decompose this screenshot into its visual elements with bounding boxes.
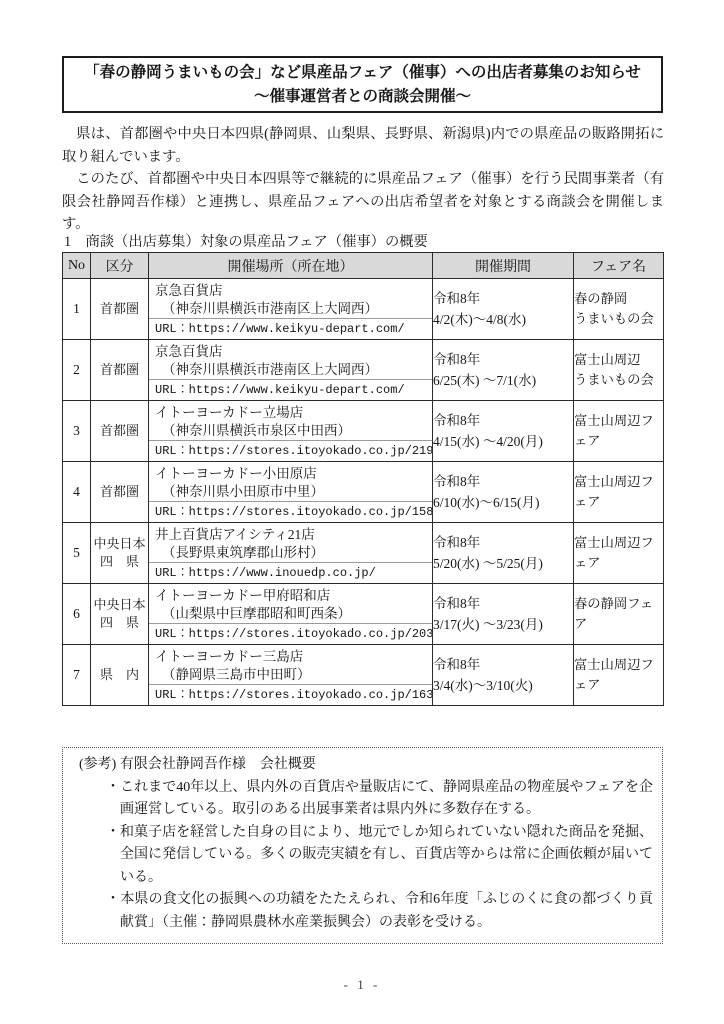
intro-paragraph-2: このたび、首都圏や中央日本四県等で継続的に県産品フェア（催事）を行う民間事業者（… (62, 168, 664, 236)
venue-url: URL：https://www.inouedp.co.jp/ (149, 562, 432, 582)
fair-line: 富士山周辺フェア (574, 411, 663, 451)
fair-line: うまいもの会 (574, 370, 663, 390)
table-row: 5 中央日本 四 県 井上百貨店アイシティ21店 （長野県東筑摩郡山形村） UR… (63, 523, 664, 584)
category-line: 中央日本 (91, 596, 148, 614)
fair-line: 富士山周辺フェア (574, 472, 663, 512)
row-period: 令和8年 3/4(水)～3/10(火) (433, 645, 574, 706)
period-line: 令和8年 (433, 471, 573, 492)
row-fair: 富士山周辺 うまいもの会 (574, 340, 664, 401)
row-place: 京急百貨店 （神奈川県横浜市港南区上大岡西） URL：https://www.k… (149, 279, 433, 340)
period-line: 6/10(水)～6/15(月) (433, 492, 573, 513)
row-place: イトーヨーカドー甲府昭和店 （山梨県中巨摩郡昭和町西条） URL：https:/… (149, 584, 433, 645)
category-line: 県 内 (91, 666, 148, 684)
venue-url: URL：https://www.keikyu-depart.com/ (149, 318, 432, 338)
row-place: 京急百貨店 （神奈川県横浜市港南区上大岡西） URL：https://www.k… (149, 340, 433, 401)
venue-address: （神奈川県小田原市中里） (155, 483, 428, 501)
page-number: - 1 - (0, 977, 724, 993)
title-line-2: ～催事運営者との商談会開催～ (66, 85, 659, 109)
row-fair: 富士山周辺フェア (574, 401, 664, 462)
period-line: 令和8年 (433, 532, 573, 553)
row-category: 首都圏 (91, 340, 149, 401)
table-row: 4 首都圏 イトーヨーカドー小田原店 （神奈川県小田原市中里） URL：http… (63, 462, 664, 523)
venue-name: イトーヨーカドー三島店 (155, 648, 428, 666)
row-place: 井上百貨店アイシティ21店 （長野県東筑摩郡山形村） URL：https://w… (149, 523, 433, 584)
category-line: 首都圏 (91, 361, 148, 379)
fair-line: うまいもの会 (574, 309, 663, 329)
category-line: 四 県 (91, 614, 148, 632)
fair-line: 春の静岡フェア (574, 594, 663, 634)
row-category: 首都圏 (91, 462, 149, 523)
row-no: 3 (63, 401, 91, 462)
header-no: No (63, 253, 91, 279)
venue-name: イトーヨーカドー甲府昭和店 (155, 587, 428, 605)
fair-line: 富士山周辺フェア (574, 655, 663, 695)
table-row: 1 首都圏 京急百貨店 （神奈川県横浜市港南区上大岡西） URL：https:/… (63, 279, 664, 340)
row-category: 中央日本 四 県 (91, 523, 149, 584)
header-period: 開催期間 (433, 253, 574, 279)
venue-address: （長野県東筑摩郡山形村） (155, 544, 428, 562)
title-box: 「春の静岡うまいもの会」など県産品フェア（催事）への出店者募集のお知らせ ～催事… (62, 56, 663, 113)
venue-name: 京急百貨店 (155, 282, 428, 300)
row-period: 令和8年 6/10(水)～6/15(月) (433, 462, 574, 523)
period-line: 6/25(木) ～7/1(水) (433, 370, 573, 391)
venue-name: 京急百貨店 (155, 343, 428, 361)
table-row: 3 首都圏 イトーヨーカドー立場店 （神奈川県横浜市泉区中田西） URL：htt… (63, 401, 664, 462)
venue-address: （神奈川県横浜市泉区中田西） (155, 422, 428, 440)
reference-box: (参考) 有限会社静岡吾作様 会社概要 ・これまで40年以上、県内外の百貨店や量… (62, 747, 663, 944)
category-line: 首都圏 (91, 300, 148, 318)
fair-line: 富士山周辺フェア (574, 533, 663, 573)
table-row: 2 首都圏 京急百貨店 （神奈川県横浜市港南区上大岡西） URL：https:/… (63, 340, 664, 401)
row-place: イトーヨーカドー小田原店 （神奈川県小田原市中里） URL：https://st… (149, 462, 433, 523)
venue-address: （山梨県中巨摩郡昭和町西条） (155, 605, 428, 623)
period-line: 令和8年 (433, 410, 573, 431)
row-place: イトーヨーカドー三島店 （静岡県三島市中田町） URL：https://stor… (149, 645, 433, 706)
reference-bullet: ・これまで40年以上、県内外の百貨店や量販店にて、静岡県産品の物産展やフェアを企… (106, 777, 653, 822)
period-line: 令和8年 (433, 349, 573, 370)
row-no: 4 (63, 462, 91, 523)
venue-url: URL：https://www.keikyu-depart.com/ (149, 379, 432, 399)
venue-address: （神奈川県横浜市港南区上大岡西） (155, 300, 428, 318)
intro-text: 県は、首都圏や中央日本四県(静岡県、山梨県、長野県、新潟県)内での県産品の販路開… (62, 123, 664, 236)
fair-line: 富士山周辺 (574, 350, 663, 370)
venue-address: （神奈川県横浜市港南区上大岡西） (155, 361, 428, 379)
row-fair: 春の静岡フェア (574, 584, 664, 645)
header-place: 開催場所（所在地） (149, 253, 433, 279)
header-category: 区分 (91, 253, 149, 279)
reference-bullet: ・本県の食文化の振興への功績をたたえられ、令和6年度「ふじのくに食の都づくり貢献… (106, 889, 653, 934)
row-category: 県 内 (91, 645, 149, 706)
row-category: 首都圏 (91, 279, 149, 340)
venue-name: 井上百貨店アイシティ21店 (155, 526, 428, 544)
period-line: 4/15(水) ～4/20(月) (433, 431, 573, 452)
row-period: 令和8年 4/15(水) ～4/20(月) (433, 401, 574, 462)
title-line-1: 「春の静岡うまいもの会」など県産品フェア（催事）への出店者募集のお知らせ (66, 61, 659, 85)
row-period: 令和8年 6/25(木) ～7/1(水) (433, 340, 574, 401)
row-category: 首都圏 (91, 401, 149, 462)
venue-name: イトーヨーカドー立場店 (155, 404, 428, 422)
table-row: 6 中央日本 四 県 イトーヨーカドー甲府昭和店 （山梨県中巨摩郡昭和町西条） … (63, 584, 664, 645)
row-no: 2 (63, 340, 91, 401)
venue-address: （静岡県三島市中田町） (155, 666, 428, 684)
table-row: 7 県 内 イトーヨーカドー三島店 （静岡県三島市中田町） URL：https:… (63, 645, 664, 706)
category-line: 四 県 (91, 553, 148, 571)
venue-url: URL：https://stores.itoyokado.co.jp/163 (149, 684, 432, 704)
venue-url: URL：https://stores.itoyokado.co.jp/203 (149, 623, 432, 643)
fair-line: 春の静岡 (574, 289, 663, 309)
document-page: 「春の静岡うまいもの会」など県産品フェア（催事）への出店者募集のお知らせ ～催事… (0, 0, 724, 1024)
period-line: 3/17(火) ～3/23(月) (433, 614, 573, 635)
row-fair: 富士山周辺フェア (574, 523, 664, 584)
section-heading: 1 商談（出店募集）対象の県産品フェア（催事）の概要 (64, 231, 428, 251)
row-fair: 富士山周辺フェア (574, 462, 664, 523)
row-no: 6 (63, 584, 91, 645)
period-line: 5/20(水) ～5/25(月) (433, 553, 573, 574)
category-line: 首都圏 (91, 483, 148, 501)
row-fair: 富士山周辺フェア (574, 645, 664, 706)
venue-name: イトーヨーカドー小田原店 (155, 465, 428, 483)
header-fair: フェア名 (574, 253, 664, 279)
fair-table: No 区分 開催場所（所在地） 開催期間 フェア名 1 首都圏 京急百貨店 （神… (62, 252, 664, 706)
row-place: イトーヨーカドー立場店 （神奈川県横浜市泉区中田西） URL：https://s… (149, 401, 433, 462)
row-no: 5 (63, 523, 91, 584)
category-line: 首都圏 (91, 422, 148, 440)
row-no: 1 (63, 279, 91, 340)
row-fair: 春の静岡 うまいもの会 (574, 279, 664, 340)
venue-url: URL：https://stores.itoyokado.co.jp/219 (149, 440, 432, 460)
row-period: 令和8年 4/2(木)～4/8(水) (433, 279, 574, 340)
table-header: No 区分 開催場所（所在地） 開催期間 フェア名 (63, 253, 664, 279)
row-category: 中央日本 四 県 (91, 584, 149, 645)
period-line: 3/4(水)～3/10(火) (433, 675, 573, 696)
row-no: 7 (63, 645, 91, 706)
period-line: 4/2(木)～4/8(水) (433, 309, 573, 330)
intro-paragraph-1: 県は、首都圏や中央日本四県(静岡県、山梨県、長野県、新潟県)内での県産品の販路開… (62, 123, 664, 168)
row-period: 令和8年 5/20(水) ～5/25(月) (433, 523, 574, 584)
period-line: 令和8年 (433, 288, 573, 309)
venue-url: URL：https://stores.itoyokado.co.jp/158 (149, 501, 432, 521)
category-line: 中央日本 (91, 535, 148, 553)
period-line: 令和8年 (433, 593, 573, 614)
reference-heading: (参考) 有限会社静岡吾作様 会社概要 (72, 754, 653, 777)
row-period: 令和8年 3/17(火) ～3/23(月) (433, 584, 574, 645)
period-line: 令和8年 (433, 654, 573, 675)
reference-bullet: ・和菓子店を経営した自身の目により、地元でしか知られていない隠れた商品を発掘、全… (106, 822, 653, 890)
